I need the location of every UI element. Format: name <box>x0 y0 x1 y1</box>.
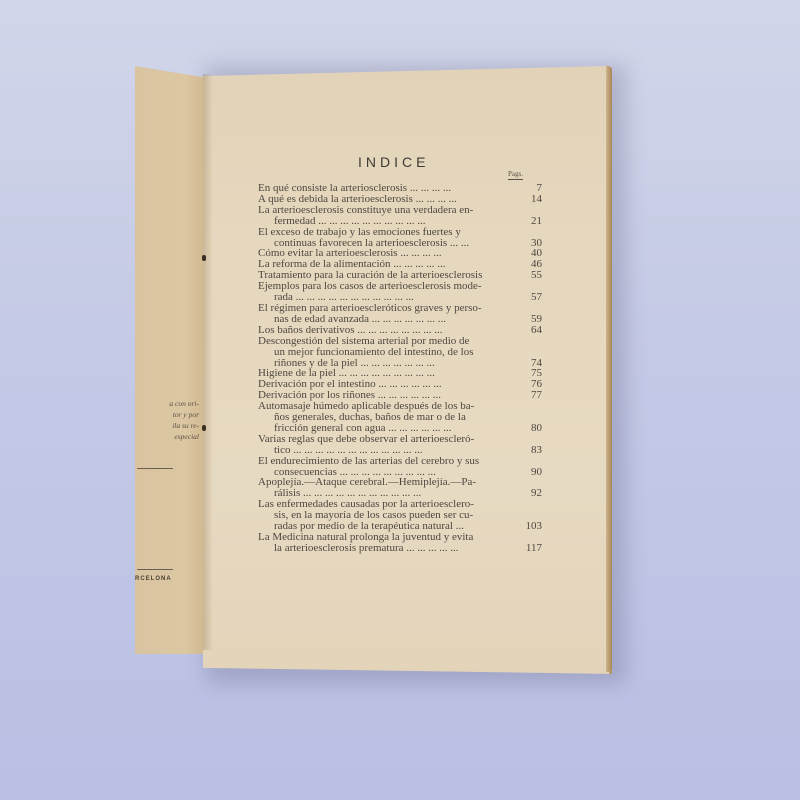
toc-entry-line: fermedad ... ... ... ... ... ... ... ...… <box>258 216 514 227</box>
toc-entry-title: La Medicina natural prolonga la juventud… <box>258 532 514 554</box>
toc-entry-page-number: 83 <box>531 445 542 456</box>
left-page-fragment: a con ori- <box>139 398 199 409</box>
left-page: a con ori- tor y por ila su re- especial… <box>135 66 208 654</box>
toc-entry-page-number: 92 <box>531 488 542 499</box>
toc-entry: Descongestión del sistema arterial por m… <box>258 336 558 369</box>
binding-staple <box>202 255 206 261</box>
left-page-fragment: especial <box>139 431 199 442</box>
toc-entry: El régimen para arterioescleróticos grav… <box>258 303 558 325</box>
toc-entry-line: Descongestión del sistema arterial por m… <box>258 336 514 347</box>
left-page-rule <box>137 569 173 570</box>
toc-entry-page-number: 14 <box>531 194 542 205</box>
toc-entry-title: La arterioesclerosis constituye una verd… <box>258 205 514 227</box>
left-page-fragment: ila su re- <box>139 420 199 431</box>
table-of-contents: En qué consiste la arteriosclerosis ... … <box>258 183 558 554</box>
toc-entry: El exceso de trabajo y las emociones fue… <box>258 227 558 249</box>
left-page-footer-city: RCELONA <box>135 576 172 582</box>
spine-shadow <box>203 74 213 650</box>
toc-entry-page-number: 117 <box>526 543 542 554</box>
toc-entry: El endurecimiento de las arterias del ce… <box>258 456 558 478</box>
toc-entry: Apoplejía.—Ataque cerebral.—Hemiplejía.—… <box>258 477 558 499</box>
toc-entry-page-number: 90 <box>531 467 542 478</box>
toc-entry-title: Descongestión del sistema arterial por m… <box>258 336 514 369</box>
toc-entry-page-number: 77 <box>531 390 542 401</box>
toc-entry: Las enfermedades causadas por la arterio… <box>258 499 558 532</box>
toc-entry-title: Varias reglas que debe observar el arter… <box>258 434 514 456</box>
left-page-rule <box>137 468 173 469</box>
toc-entry: La Medicina natural prolonga la juventud… <box>258 532 558 554</box>
toc-entry-page-number: 80 <box>531 423 542 434</box>
toc-entry-title: El exceso de trabajo y las emociones fue… <box>258 227 514 249</box>
page-edge <box>606 66 612 672</box>
pages-column-header: Pags. <box>508 170 523 180</box>
binding-staple <box>202 425 206 431</box>
toc-entry-title: Ejemplos para los casos de arterioescler… <box>258 281 514 303</box>
toc-entry-line: la arterioesclerosis prematura ... ... .… <box>258 543 514 554</box>
toc-entry-page-number: 21 <box>531 216 542 227</box>
toc-entry-page-number: 57 <box>531 292 542 303</box>
toc-entry-title: El régimen para arterioescleróticos grav… <box>258 303 514 325</box>
toc-entry-title: Apoplejía.—Ataque cerebral.—Hemiplejía.—… <box>258 477 514 499</box>
toc-entry: Automasaje húmedo aplicable después de l… <box>258 401 558 434</box>
toc-entry: Varias reglas que debe observar el arter… <box>258 434 558 456</box>
toc-entry-line: un mejor funcionamiento del intestino, d… <box>258 347 514 358</box>
left-page-fragment: tor y por <box>139 409 199 420</box>
toc-entry-page-number: 64 <box>531 325 542 336</box>
index-title: INDICE <box>358 154 429 170</box>
toc-entry-page-number: 55 <box>531 270 542 281</box>
toc-entry-line: El exceso de trabajo y las emociones fue… <box>258 227 514 238</box>
toc-entry-line: El endurecimiento de las arterias del ce… <box>258 456 514 467</box>
toc-entry-title: El endurecimiento de las arterias del ce… <box>258 456 514 478</box>
toc-entry-page-number: 103 <box>526 521 543 532</box>
toc-entry-title: Automasaje húmedo aplicable después de l… <box>258 401 514 434</box>
toc-entry: La arterioesclerosis constituye una verd… <box>258 205 558 227</box>
toc-entry-title: Las enfermedades causadas por la arterio… <box>258 499 514 532</box>
toc-entry: Ejemplos para los casos de arterioescler… <box>258 281 558 303</box>
